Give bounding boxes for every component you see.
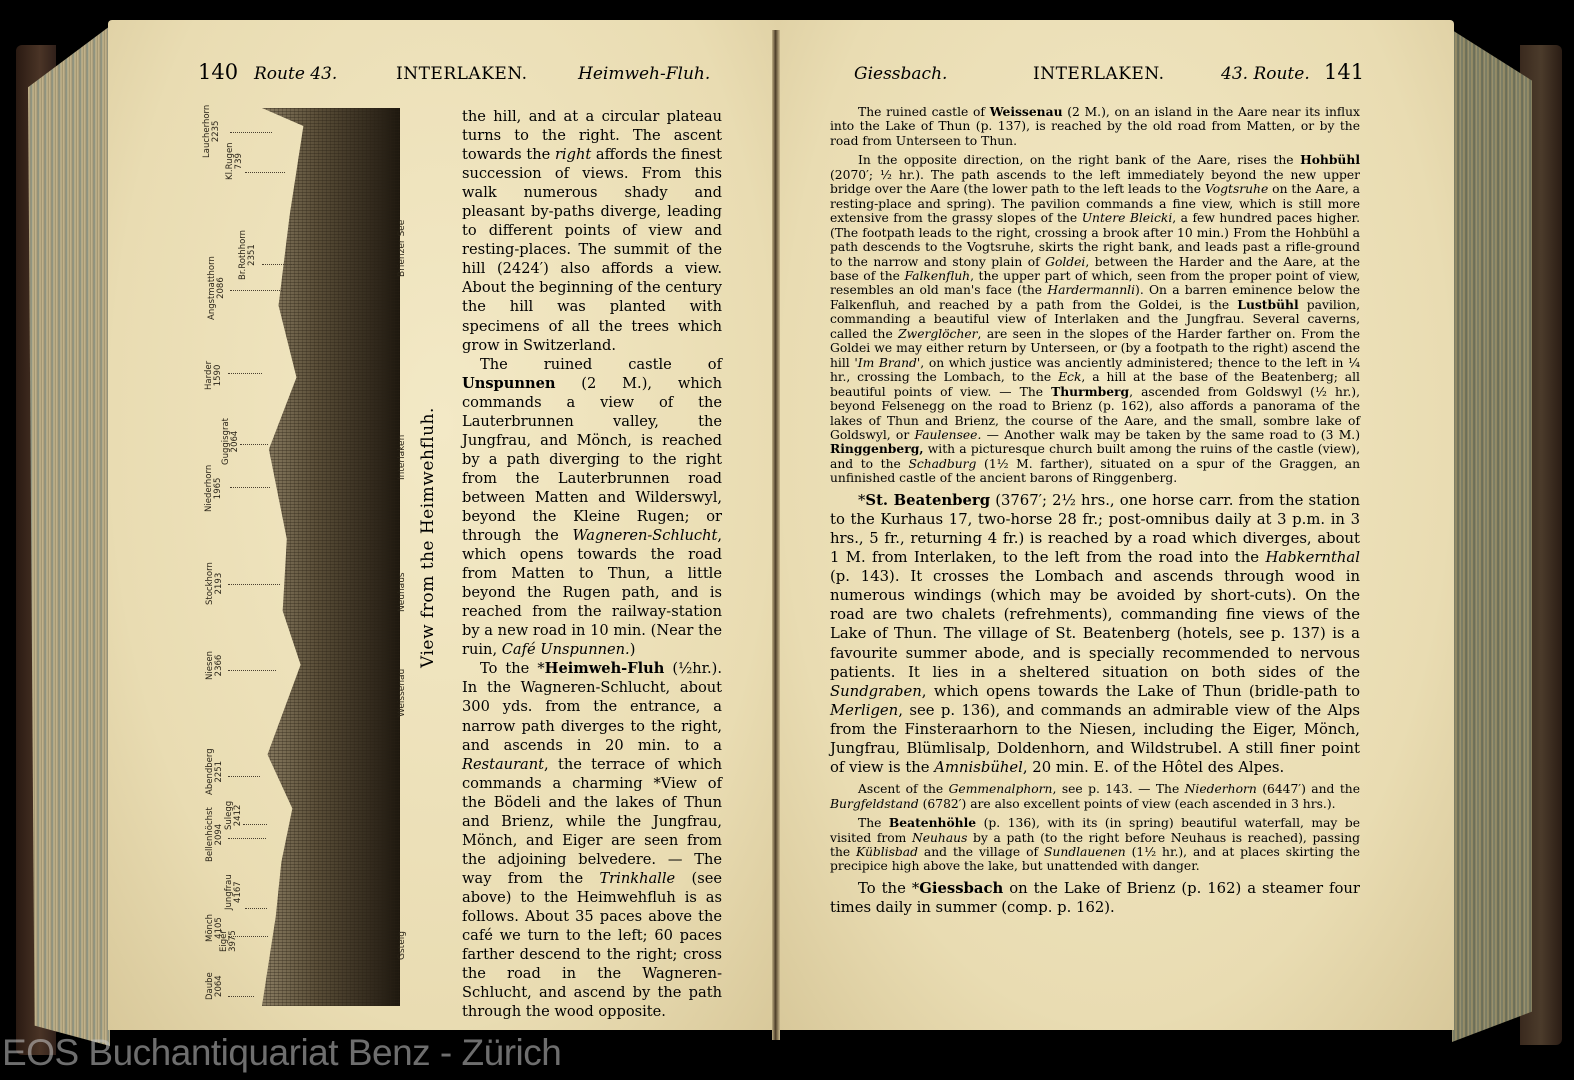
peak-label: Angstmatthorn2086 [208, 256, 226, 320]
right-section-label: Giessbach. [854, 64, 947, 84]
peak-label: Stockhorn2193 [206, 562, 224, 605]
left-section-label: Heimweh-Fluh. [578, 64, 710, 84]
peak-label: Jungfrau4167 [225, 874, 243, 910]
peak-leader [245, 172, 285, 173]
peak-leader [262, 264, 294, 265]
paragraph-gemmenalphorn: Ascent of the Gemmenalphorn, see p. 143.… [830, 782, 1360, 811]
peak-leader [228, 373, 262, 374]
left-page-body: the hill, and at a circular plateau turn… [462, 107, 722, 1021]
place-label: Gsteig [397, 931, 407, 960]
peak-label: Laucherhorn2235 [203, 105, 221, 158]
place-label: Neuhaus [397, 572, 407, 612]
paragraph-unspunnen: The ruined castle of Unspunnen (2 M.), w… [462, 355, 722, 660]
paragraph-hohbuehl: In the opposite direction, on the right … [830, 153, 1360, 485]
peak-leader [228, 670, 276, 671]
book-gutter [772, 30, 780, 1040]
right-page-body: The ruined castle of Weissenau (2 M.), o… [830, 105, 1360, 917]
place-label: Weissenau [397, 669, 407, 717]
peak-leader [228, 996, 254, 997]
paragraph-beatenhoehle: The Beatenhöhle (p. 136), with its (in s… [830, 816, 1360, 874]
place-label: Interlaken [397, 435, 407, 480]
peak-leader [228, 776, 260, 777]
right-page-number: 141 [1324, 60, 1364, 84]
peak-label: Daube2064 [206, 972, 224, 1000]
peak-leader [240, 444, 268, 445]
peak-label: Br.Rothhorn2351 [239, 230, 257, 280]
peak-leader [243, 824, 267, 825]
left-page-number: 140 [198, 60, 238, 84]
peak-label: Niesen2366 [206, 651, 224, 680]
peak-leader [228, 838, 266, 839]
peak-label: Guggisgrat2064 [222, 418, 240, 465]
page-edges-right [1452, 30, 1532, 1042]
peak-leader [230, 487, 270, 488]
watermark: EOS Buchantiquariat Benz - Zürich [2, 1032, 561, 1074]
paragraph-hill: the hill, and at a circular plateau turn… [462, 107, 722, 355]
left-running-title: INTERLAKEN. [396, 64, 528, 84]
peak-label: Niederhorn1965 [205, 465, 223, 512]
peak-label: Kl.Rugen739 [226, 142, 244, 180]
peak-label: Harder1590 [205, 361, 223, 390]
paragraph-heimweh-fluh: To the *Heimweh-Fluh (½hr.). In the Wagn… [462, 659, 722, 1021]
peak-label: Eiger3975 [220, 930, 238, 952]
place-label: Brienzer See [397, 220, 407, 277]
peak-label: Sulegg2412 [225, 801, 243, 830]
page-edges-left [28, 26, 110, 1046]
right-running-title: INTERLAKEN. [1033, 64, 1165, 84]
peak-label: Bellenhöchst2094 [206, 807, 224, 862]
paragraph-giessbach: To the *Giessbach on the Lake of Brienz … [830, 879, 1360, 917]
peak-leader [228, 584, 280, 585]
paragraph-st-beatenberg: *St. Beatenberg (3767′; 2½ hrs., one hor… [830, 491, 1360, 777]
peak-leader [245, 908, 267, 909]
right-route-label: 43. Route. [1221, 64, 1310, 84]
peak-leader [230, 132, 272, 133]
panorama-caption: View from the Heimwehfluh. [418, 407, 438, 668]
left-route-label: Route 43. [254, 64, 337, 84]
paragraph-weissenau: The ruined castle of Weissenau (2 M.), o… [830, 105, 1360, 148]
peak-label: Abendberg2251 [206, 748, 224, 795]
peak-leader [230, 290, 282, 291]
